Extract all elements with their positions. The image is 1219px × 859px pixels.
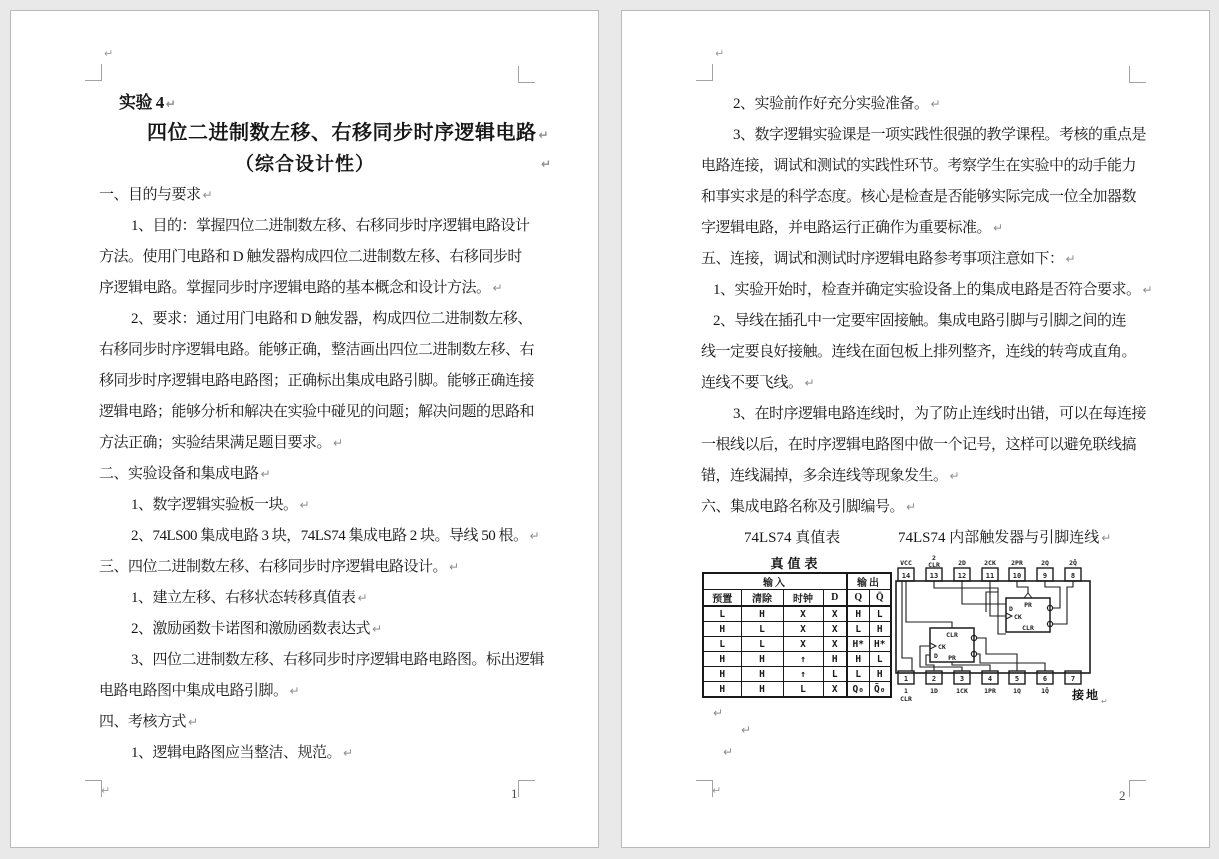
pin-label: VCC [900, 559, 912, 567]
text-boundary-mark-top-left [85, 64, 102, 81]
truth-table-cell: L [783, 682, 823, 698]
truth-table-cell: H [741, 682, 783, 698]
pin-label: 2PR [1011, 559, 1023, 567]
pilcrow-mark: ↵ [261, 467, 271, 481]
document-canvas: { "ui": { "background_color": "#e9e9e9",… [0, 0, 1219, 859]
pin-number: 3 [960, 675, 964, 683]
figure-caption-row: 74LS74 真值表 74LS74 内部触发器与引脚连线↵ [701, 523, 1161, 554]
text-boundary-mark-bottom-right [518, 780, 535, 797]
text-boundary-mark-bottom-left [85, 780, 102, 797]
text-line[interactable]: 和事实求是的科学态度。核心是检查是否能够实际完成一位全加器数 [701, 182, 1131, 213]
truth-table-cell: H [869, 622, 891, 637]
text-line[interactable]: 连线不要飞线。↵ [701, 368, 1131, 399]
text-line[interactable]: 线一定要良好接触。连线在面包板上排列整齐，连线的转弯成直角。 [701, 337, 1131, 368]
text-line[interactable]: 2、要求：通过用门电路和 D 触发器，构成四位二进制数左移、 [99, 304, 523, 335]
ff-label: PR [1024, 601, 1032, 609]
line-text: 右移同步时序逻辑电路。能够正确，整洁画出四位二进制数左移、右 [99, 342, 534, 358]
truth-table-column-header: 时钟 [783, 590, 823, 607]
truth-table-cell: H* [847, 637, 869, 652]
pilcrow-mark: ↵ [1066, 252, 1076, 266]
truth-table-cell: L [741, 637, 783, 652]
line-text: 实验 4 [119, 93, 164, 112]
pinout-caption-text: 74LS74 内部触发器与引脚连线 [898, 530, 1099, 546]
ff-label: PR [948, 654, 956, 662]
text-boundary-mark-bottom-right [1129, 780, 1146, 797]
section-heading-line[interactable]: 五、连接，调试和测试时序逻辑电路参考事项注意如下：↵ [701, 244, 1131, 275]
line-text: 五、连接，调试和测试时序逻辑电路参考事项注意如下： [701, 251, 1064, 267]
line-text: 3、数字逻辑实验课是一项实践性很强的教学课程。考核的重点是 [733, 127, 1146, 143]
line-text: 3、在时序逻辑电路连线时，为了防止连线时出错，可以在每连接 [733, 406, 1146, 422]
clock-wedge [1006, 613, 1012, 619]
truth-table-cell: H [741, 667, 783, 682]
pin-label: 2D [958, 559, 966, 567]
line-text: 2、要求：通过用门电路和 D 触发器，构成四位二进制数左移、 [131, 311, 532, 327]
wire [902, 581, 912, 671]
truth-table-cell: X [823, 637, 847, 652]
line-text: （综合设计性） [235, 154, 375, 175]
line-text: 2、74LS00 集成电路 3 块，74LS74 集成电路 2 块。导线 50 … [131, 528, 528, 544]
pilcrow-mark: ↵ [290, 684, 300, 698]
truth-table-cell: L [847, 667, 869, 682]
line-text: 一、目的与要求 [99, 187, 201, 203]
pilcrow-mark: ↵ [188, 715, 198, 729]
pilcrow-mark: ↵ [541, 149, 551, 180]
pin-label: 1 [904, 687, 908, 695]
wire [934, 581, 1006, 634]
line-text: 四、考核方式 [99, 714, 186, 730]
truth-table-row: HH↑LLH [703, 667, 891, 682]
truth-table-input-header: 输入 [703, 573, 847, 590]
text-line[interactable]: 3、数字逻辑实验课是一项实践性很强的教学课程。考核的重点是 [701, 120, 1131, 151]
line-text: 连线不要飞线。 [701, 375, 803, 391]
line-text: 逻辑电路；能够分析和解决在实验中碰见的问题；解决问题的思路和 [99, 404, 534, 420]
text-line[interactable]: 2、74LS00 集成电路 3 块，74LS74 集成电路 2 块。导线 50 … [99, 521, 523, 552]
text-line[interactable]: 3、四位二进制数左移、右移同步时序逻辑电路电路图。标出逻辑 [99, 645, 523, 676]
text-line[interactable]: 逻辑电路；能够分析和解决在实验中碰见的问题；解决问题的思路和 [99, 397, 523, 428]
truth-table-cell: L [823, 667, 847, 682]
ff-label: CLR [946, 631, 958, 639]
section-heading-line[interactable]: 四、考核方式↵ [99, 707, 523, 738]
pin-number: 11 [986, 572, 994, 580]
line-text: 2、导线在插孔中一定要牢固接触。集成电路引脚与引脚之间的连 [713, 313, 1126, 329]
pin-label: 1D [930, 687, 938, 695]
text-line[interactable]: 字逻辑电路，并电路运行正确作为重要标准。↵ [701, 213, 1131, 244]
text-boundary-mark-top-left [696, 64, 713, 81]
pilcrow-mark: ↵ [530, 529, 540, 543]
text-line[interactable]: 四位二进制数左移、右移同步时序逻辑电路↵ [99, 118, 523, 149]
line-text: 移同步时序逻辑电路电路图；正确标出集成电路引脚。能够正确连接 [99, 373, 534, 389]
line-text: 字逻辑电路，并电路运行正确作为重要标准。 [701, 220, 991, 236]
text-line[interactable]: 1、实验开始时，检查并确定实验设备上的集成电路是否符合要求。↵ [701, 275, 1131, 306]
text-line[interactable]: 3、在时序逻辑电路连线时，为了防止连线时出错，可以在每连接 [701, 399, 1131, 430]
line-text: 方法正确；实验结果满足题目要求。 [99, 435, 331, 451]
text-line[interactable]: 方法正确；实验结果满足题目要求。↵ [99, 428, 523, 459]
truth-table-cell: L [869, 606, 891, 622]
pilcrow-mark: ↵ [166, 97, 176, 111]
truth-table-caption: 74LS74 真值表 [744, 523, 840, 554]
text-line[interactable]: 右移同步时序逻辑电路。能够正确，整洁画出四位二进制数左移、右 [99, 335, 523, 366]
pilcrow-mark: ↵ [1101, 531, 1111, 545]
pilcrow-mark: ↵ [993, 221, 1003, 235]
truth-table-column-header: Q [847, 590, 869, 607]
line-text: 序逻辑电路。掌握同步时序逻辑电路的基本概念和设计方法。 [99, 280, 491, 296]
ff-label: D [1009, 605, 1013, 613]
pilcrow-mark: ↵ [539, 128, 549, 142]
page-number: 2 [1119, 788, 1126, 804]
pilcrow-mark: ↵ [805, 376, 815, 390]
pilcrow-mark: ↵ [372, 622, 382, 636]
text-line[interactable]: 1、建立左移、右移状态转移真值表↵ [99, 583, 523, 614]
section-heading-line[interactable]: 六、集成电路名称及引脚编号。↵ [701, 492, 1131, 523]
truth-table-cell: ↑ [783, 652, 823, 667]
pin-label: 1PR [984, 687, 996, 695]
pin-label: 1CK [956, 687, 968, 695]
pilcrow-mark: ↵ [493, 281, 503, 295]
truth-table-cell: L [703, 637, 741, 652]
wire [1045, 581, 1060, 608]
section-heading-line[interactable]: 二、实验设备和集成电路↵ [99, 459, 523, 490]
line-text: 一根线以后，在时序逻辑电路图中做一个记号，这样可以避免联线搞 [701, 437, 1136, 453]
truth-table-cell: H [703, 682, 741, 698]
pin-number: 10 [1013, 572, 1021, 580]
pilcrow-mark: ↵ [101, 784, 110, 797]
section-heading-line[interactable]: 三、四位二进制数左移、右移同步时序逻辑电路设计。↵ [99, 552, 523, 583]
pilcrow-mark: ↵ [906, 500, 916, 514]
text-line[interactable]: 电路连接，调试和测试的实践性环节。考察学生在实验中的动手能力 [701, 151, 1131, 182]
text-line[interactable]: 电路电路图中集成电路引脚。↵ [99, 676, 523, 707]
ground-label: 接地 [1071, 687, 1100, 702]
truth-table-cell: X [783, 622, 823, 637]
line-text: 电路连接，调试和测试的实践性环节。考察学生在实验中的动手能力 [701, 158, 1136, 174]
clock-wedge [930, 643, 936, 649]
truth-table-column-header: D [823, 590, 847, 607]
wire [977, 654, 1045, 671]
pin-number: 12 [958, 572, 966, 580]
truth-table-cell: H [847, 606, 869, 622]
pin-number: 2 [932, 675, 936, 683]
pin-number: 5 [1015, 675, 1019, 683]
line-text: 六、集成电路名称及引脚编号。 [701, 499, 904, 515]
truth-table-cell: X [783, 637, 823, 652]
truth-table-cell: X [823, 606, 847, 622]
page-number: 1 [511, 786, 518, 802]
text-boundary-mark-top-right [518, 66, 535, 83]
pin-label: 1Q [1013, 687, 1021, 695]
text-line[interactable]: 2、导线在插孔中一定要牢固接触。集成电路引脚与引脚之间的连 [701, 306, 1131, 337]
truth-table-cell: H [869, 667, 891, 682]
pin-label: 1Q̄ [1041, 686, 1049, 695]
pin-number: 1 [904, 675, 908, 683]
truth-table-cell: H* [869, 637, 891, 652]
pin-label: CLR [900, 695, 912, 703]
truth-table-row: LHXXHL [703, 606, 891, 622]
line-text: 1、实验开始时，检查并确定实验设备上的集成电路是否符合要求。 [713, 282, 1141, 298]
line-text: 1、逻辑电路图应当整洁、规范。 [131, 745, 341, 761]
text-line[interactable]: 实验 4↵ [99, 87, 523, 118]
truth-table-cell: L [741, 622, 783, 637]
pin-number: 13 [930, 572, 938, 580]
truth-table-cell: X [823, 682, 847, 698]
pin-number: 6 [1043, 675, 1047, 683]
pilcrow-mark: ↵ [723, 745, 733, 759]
pin-label: 2Q [1041, 559, 1049, 567]
text-line[interactable]: （综合设计性）↵ [99, 149, 523, 180]
pilcrow-mark: ↵ [203, 188, 213, 202]
text-line[interactable]: 一根线以后，在时序逻辑电路图中做一个记号，这样可以避免联线搞 [701, 430, 1131, 461]
pinout-diagram: VCC142CLR132D122CK112PR102Q92Q̄811CLR21D… [890, 554, 1110, 712]
truth-table: 输入 输出 预置清除时钟DQQ̄ LHXXHLHLXXLHLLXXH*H*HH↑… [702, 572, 892, 698]
truth-table-block: 真值表 输入 输出 预置清除时钟DQQ̄ LHXXHLHLXXLHLLXXH*H… [702, 556, 890, 698]
truth-table-cell: L [869, 652, 891, 667]
truth-table-row: HH↑HHL [703, 652, 891, 667]
pilcrow-mark: ↵ [343, 746, 353, 760]
line-text: 四位二进制数左移、右移同步时序逻辑电路 [147, 122, 537, 144]
wire [1017, 581, 1028, 593]
pilcrow-mark: ↵ [741, 723, 751, 737]
wire [977, 638, 1017, 671]
truth-table-row: HLXXLH [703, 622, 891, 637]
line-text: 线一定要良好接触。连线在面包板上排列整齐，连线的转弯成直角。 [701, 344, 1136, 360]
pilcrow-mark: ↵ [715, 47, 724, 60]
line-text: 1、数字逻辑实验板一块。 [131, 497, 298, 513]
pilcrow-mark: ↵ [449, 560, 459, 574]
pilcrow-mark: ↵ [950, 469, 960, 483]
text-line[interactable]: 移同步时序逻辑电路电路图；正确标出集成电路引脚。能够正确连接 [99, 366, 523, 397]
truth-table-column-header: Q̄ [869, 590, 891, 607]
line-text: 方法。使用门电路和 D 触发器构成四位二进制数左移、右移同步时 [99, 249, 522, 265]
pin-number: 14 [902, 572, 910, 580]
truth-table-title: 真值表 [702, 556, 890, 571]
truth-table-column-header: 清除 [741, 590, 783, 607]
truth-table-output-header: 输出 [847, 573, 891, 590]
pin-label: 2Q̄ [1069, 558, 1077, 567]
truth-table-cell: ↑ [783, 667, 823, 682]
text-line[interactable]: 1、数字逻辑实验板一块。↵ [99, 490, 523, 521]
text-line[interactable]: 错，连线漏掉，多余连线等现象发生。↵ [701, 461, 1131, 492]
section-heading-line[interactable]: 一、目的与要求↵ [99, 180, 523, 211]
pilcrow-mark: ↵ [358, 591, 368, 605]
text-boundary-mark-top-right [1129, 66, 1146, 83]
pilcrow-mark: ↵ [1101, 697, 1108, 706]
document-page-2[interactable]: ↵ ↵ 2、实验前作好充分实验准备。↵3、数字逻辑实验课是一项实践性很强的教学课… [621, 10, 1210, 848]
truth-table-cell: X [823, 622, 847, 637]
ff-label: CLR [1022, 624, 1034, 632]
truth-table-cell: H [703, 622, 741, 637]
pilcrow-mark: ↵ [713, 706, 723, 720]
pin-number: 7 [1071, 675, 1075, 683]
line-text: 2、激励函数卡诺图和激励函数表达式 [131, 621, 370, 637]
text-line[interactable]: 序逻辑电路。掌握同步时序逻辑电路的基本概念和设计方法。↵ [99, 273, 523, 304]
truth-table-cell: H [703, 652, 741, 667]
pilcrow-mark: ↵ [104, 47, 113, 60]
pilcrow-mark: ↵ [931, 97, 941, 111]
truth-table-cell: Q̄₀ [869, 682, 891, 698]
pin-number: 8 [1071, 572, 1075, 580]
truth-table-cell: H [741, 606, 783, 622]
line-text: 和事实求是的科学态度。核心是检查是否能够实际完成一位全加器数 [701, 189, 1136, 205]
line-text: 3、四位二进制数左移、右移同步时序逻辑电路电路图。标出逻辑 [131, 652, 544, 668]
truth-table-cell: Q₀ [847, 682, 869, 698]
scanned-figure: 真值表 输入 输出 预置清除时钟DQQ̄ LHXXHLHLXXLHLLXXH*H… [622, 554, 1211, 724]
pilcrow-mark: ↵ [712, 784, 721, 797]
truth-table-cell: H [703, 667, 741, 682]
ff-label: CK [1014, 613, 1022, 621]
truth-table-row: LLXXH*H* [703, 637, 891, 652]
ff-label: CK [938, 643, 946, 651]
wire [962, 581, 1006, 604]
line-text: 电路电路图中集成电路引脚。 [99, 683, 288, 699]
pilcrow-mark: ↵ [333, 436, 343, 450]
wire [986, 592, 998, 612]
truth-table-cell: H [847, 652, 869, 667]
pilcrow-mark: ↵ [300, 498, 310, 512]
text-line[interactable]: 2、实验前作好充分实验准备。↵ [701, 89, 1131, 120]
truth-table-cell: H [823, 652, 847, 667]
line-text: 2、实验前作好充分实验准备。 [733, 96, 929, 112]
page1-text-flow[interactable]: 实验 4↵四位二进制数左移、右移同步时序逻辑电路↵（综合设计性）↵一、目的与要求… [99, 87, 523, 769]
pilcrow-mark: ↵ [1143, 283, 1153, 297]
text-boundary-mark-bottom-left [696, 780, 713, 797]
chip-outline [896, 581, 1090, 673]
text-line[interactable]: 2、激励函数卡诺图和激励函数表达式↵ [99, 614, 523, 645]
truth-table-column-header: 预置 [703, 590, 741, 607]
document-page-1[interactable]: ↵ ↵ 实验 4↵四位二进制数左移、右移同步时序逻辑电路↵（综合设计性）↵一、目… [10, 10, 599, 848]
text-line[interactable]: 方法。使用门电路和 D 触发器构成四位二进制数左移、右移同步时 [99, 242, 523, 273]
pin-number: 9 [1043, 572, 1047, 580]
line-text: 1、目的：掌握四位二进制数左移、右移同步时序逻辑电路设计 [131, 218, 530, 234]
line-text: 二、实验设备和集成电路 [99, 466, 259, 482]
line-text: 错，连线漏掉，多余连线等现象发生。 [701, 468, 948, 484]
truth-table-row: HHLXQ₀Q̄₀ [703, 682, 891, 698]
truth-table-cell: X [783, 606, 823, 622]
truth-table-cell: L [847, 622, 869, 637]
line-text: 三、四位二进制数左移、右移同步时序逻辑电路设计。 [99, 559, 447, 575]
pinout-caption: 74LS74 内部触发器与引脚连线↵ [898, 523, 1111, 554]
line-text: 1、建立左移、右移状态转移真值表 [131, 590, 356, 606]
pin-number: 4 [988, 675, 992, 683]
truth-table-cell: L [703, 606, 741, 622]
text-line[interactable]: 1、逻辑电路图应当整洁、规范。↵ [99, 738, 523, 769]
ff-label: D [934, 652, 938, 660]
pin-label: 2CK [984, 559, 996, 567]
text-line[interactable]: 1、目的：掌握四位二进制数左移、右移同步时序逻辑电路设计 [99, 211, 523, 242]
page2-text-flow[interactable]: 2、实验前作好充分实验准备。↵3、数字逻辑实验课是一项实践性很强的教学课程。考核… [701, 89, 1131, 523]
pinout-diagram-block: VCC142CLR132D122CK112PR102Q92Q̄811CLR21D… [890, 554, 1110, 717]
truth-table-cell: H [741, 652, 783, 667]
